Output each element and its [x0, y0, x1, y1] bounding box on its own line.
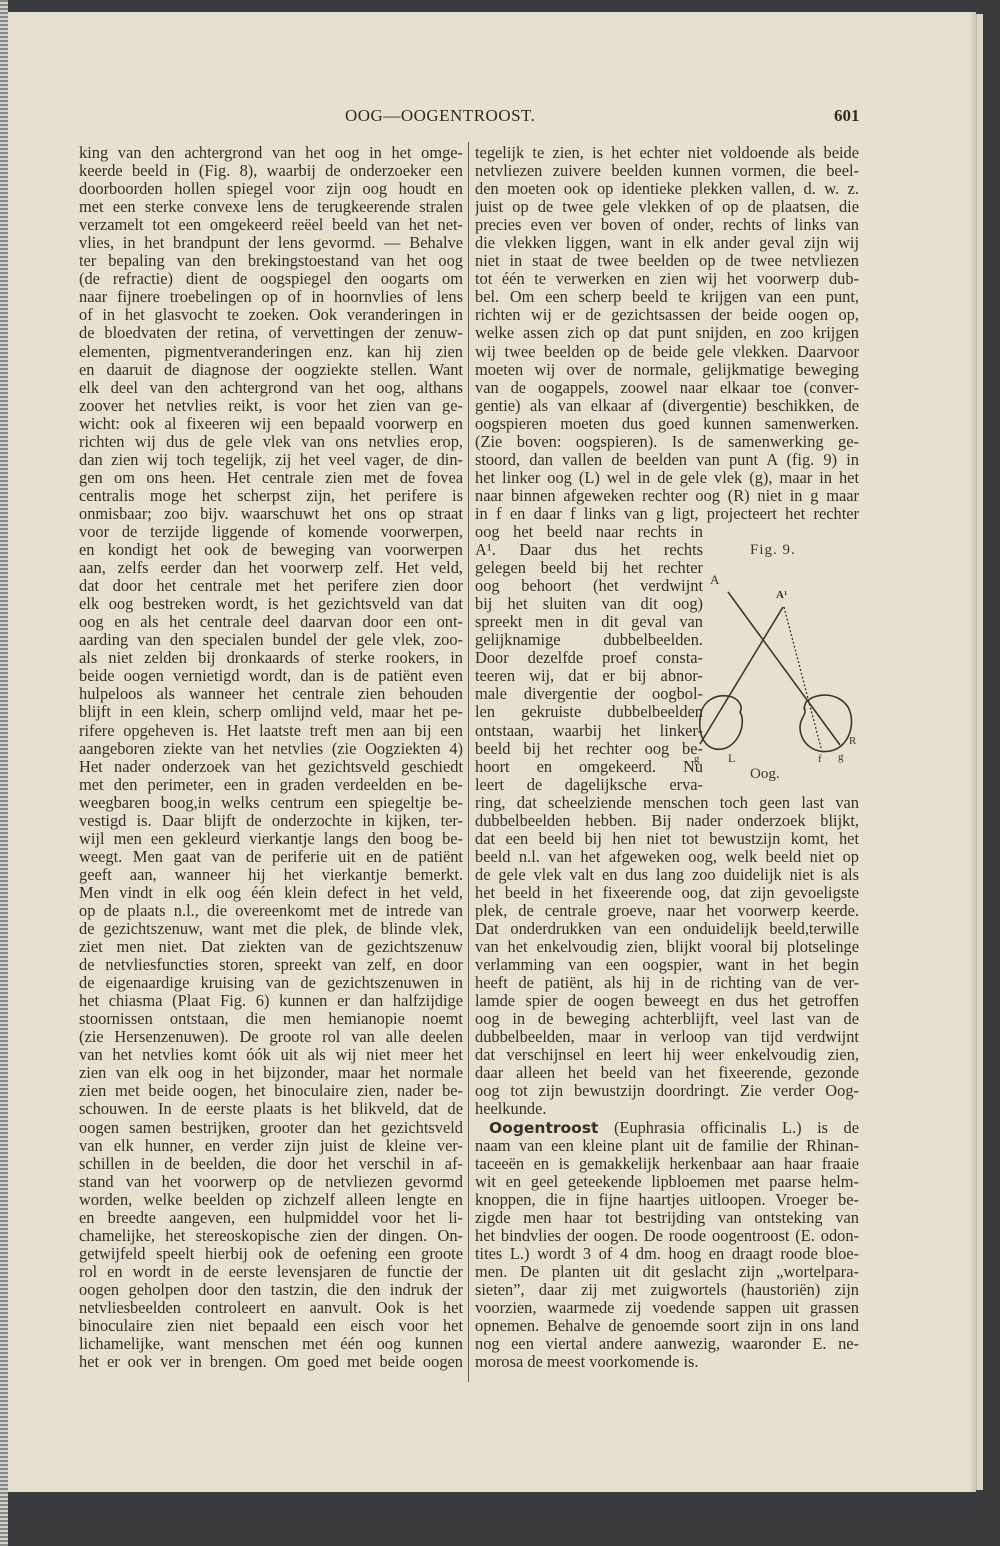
text-line: len gekruiste dubbelbeelden: [475, 703, 703, 721]
text-line: den moeten ook op identieke plekken vall…: [475, 180, 859, 198]
text-line: weegt. Men gaat van de periferie uit en …: [79, 848, 463, 866]
book-spine-edge: [0, 0, 8, 1546]
text-line: het bindvlies der oogen. De roode oogent…: [475, 1227, 859, 1245]
text-line: netvliezen zuivere beelden kunnen vormen…: [475, 162, 859, 180]
text-line: dat verschijnsel en leert hij weer enkel…: [475, 1046, 859, 1064]
text-line: zien met beide oogen, het binoculaire zi…: [79, 1082, 463, 1100]
text-line: in f en daar f links van g ligt, project…: [475, 505, 859, 523]
text-line: oog in de beweging achterblijft, veel la…: [475, 1010, 859, 1028]
text-line: gelegen beeld bij het rechter: [475, 559, 703, 577]
text-line: gelijknamige dubbelbeelden.: [475, 631, 703, 649]
text-line: tegelijk te zien, is het echter niet vol…: [475, 144, 859, 162]
text-line: met den perimeter, een in graden verdeel…: [79, 776, 463, 794]
text-line: doorboorden hollen spiegel voor zijn oog…: [79, 180, 463, 198]
text-line: schillen in de beelden, die door het ver…: [79, 1155, 463, 1173]
text-line: stoord, dan vallen de beelden van punt A…: [475, 451, 859, 469]
entry-headword: Oogentroost: [489, 1119, 598, 1137]
text-line: wij twee beelden op de beide gele vlekke…: [475, 343, 859, 361]
text-line: men. De planten uit dit geslacht zijn „w…: [475, 1263, 859, 1281]
text-line: opnemen. Behalve de genoemde soort zijn …: [475, 1317, 859, 1335]
text-line: king van den achtergrond van het oog in …: [79, 144, 463, 162]
text-line: vestigd is. Daar blijft de onderzochte i…: [79, 812, 463, 830]
text-line: aan, zelfs eerder dan het voorwerp zelf.…: [79, 559, 463, 577]
text-line: worden, welke beelden op zichzelf alleen…: [79, 1191, 463, 1209]
text-line: die vlekken liggen, want in elk ander ge…: [475, 234, 859, 252]
text-line: vlies, in het brandpunt der lens gevormd…: [79, 234, 463, 252]
text-line: (zie Hersenzenuwen). De groote rol van a…: [79, 1028, 463, 1046]
page-edge: [976, 14, 983, 1490]
text-line: male divergentie der oogbol-: [475, 685, 703, 703]
text-line: oog behoort (het verdwijnt: [475, 577, 703, 595]
text-line: en kondigt het ook de beweging van voorw…: [79, 541, 463, 559]
text-line: dat door het centrale met het perifere z…: [79, 577, 463, 595]
label-r: R: [849, 735, 857, 747]
label-f: f: [818, 753, 822, 765]
text-line: dubbelbeelden, maar in verloop van tijd …: [475, 1028, 859, 1046]
text-line: getwijfeld speelt hierbij ook de oefenin…: [79, 1245, 463, 1263]
label-l: L: [728, 751, 735, 765]
text-line: elk oog bestreken wordt, is het gezichts…: [79, 595, 463, 613]
text-line: aangeboren ziekte van het netvlies (zie …: [79, 740, 463, 758]
text-line: het er ook ver in brengen. Om goed met b…: [79, 1353, 463, 1371]
text-line: elk deel van den achtergrond van het oog…: [79, 379, 463, 397]
text-line: tites L.) wordt 3 of 4 dm. hoog en draag…: [475, 1245, 859, 1263]
text-line: voorzien, waarmede zij voedende sappen u…: [475, 1299, 859, 1317]
text-line: het linker oog (L) wel in de gele vlek (…: [475, 469, 859, 487]
text-line: van elk hunner, en verder zijn juist de …: [79, 1137, 463, 1155]
text-line: beide oogen vernietigd wordt, dan is de …: [79, 667, 463, 685]
text-line: van het netvlies komt óók uit als wij ni…: [79, 1046, 463, 1064]
text-line: ring, dat scheelziende menschen toch gee…: [475, 794, 859, 812]
text-line: en breedte aangeven, een hulpmiddel voor…: [79, 1209, 463, 1227]
text-line: dan zien wij toch tegelijk, zij het veel…: [79, 451, 463, 469]
text-line: weegbaren boog,in welks centrum een spie…: [79, 794, 463, 812]
label-g-left: g: [694, 753, 700, 765]
text-line: rifere opgeheven is. Het laatste treft m…: [79, 722, 463, 740]
text-line: lamde spier de oogen beweegt en dus het …: [475, 992, 859, 1010]
text-line: morosa de meest voorkomende is.: [475, 1353, 859, 1371]
text-line: verzamelt tot een omgekeerd reëel beeld …: [79, 216, 463, 234]
text-line: beeld n.l. van het afgeweken oog, welk b…: [475, 848, 859, 866]
text-line: met een sterke convexe lens de terugkeer…: [79, 198, 463, 216]
text-line: oogen geholpen door den tastzin, die den…: [79, 1281, 463, 1299]
text-line: Dat onderdrukken van een onduidelijk bee…: [475, 920, 859, 938]
left-column: king van den achtergrond van het oog in …: [79, 144, 463, 1371]
text-line: sieten”, daar zij met zuigwortels (haust…: [475, 1281, 859, 1299]
text-line: gen om ons heen. Het centrale zien met d…: [79, 469, 463, 487]
text-line: de gezichtszenuw, want met die plek, de …: [79, 920, 463, 938]
text-line: juist op de twee gele vlekken of op de p…: [475, 198, 859, 216]
text-line: dat een beeld bij hen niet tot bewustzij…: [475, 830, 859, 848]
text-line: keerde beeld in (Fig. 8), waarbij de ond…: [79, 162, 463, 180]
text-line: aarding van den specialen bundel der gel…: [79, 631, 463, 649]
text-line: nog een viertal andere aanwezig, waarond…: [475, 1335, 859, 1353]
text-line: Het nader onderzoek van het gezichtsveld…: [79, 758, 463, 776]
text-line: onmisbaar; zoo bijv. waarschuwt het ons …: [79, 505, 463, 523]
text-line: van het enkelvoudig zien, blijkt vooral …: [475, 938, 859, 956]
text-line: schouwen. In de eerste plaats is het bli…: [79, 1100, 463, 1118]
binocular-diagram-icon: A A¹ g L R f g: [688, 562, 863, 767]
text-line: Men vindt in elk oog één klein defect in…: [79, 884, 463, 902]
text-line: verlamming van een oogspier, want in het…: [475, 956, 859, 974]
text-line: precies even ver boven of onder, rechts …: [475, 216, 859, 234]
text-line: A¹. Daar dus het rechts: [475, 541, 703, 559]
text-line: stand van het voorwerp op de netvliezen …: [79, 1173, 463, 1191]
running-title: OOG—OOGENTROOST.: [345, 106, 535, 126]
text-line: tot één te verwerken en zien wij het voo…: [475, 270, 859, 288]
text-line: oog en als het centrale deel daarvan doo…: [79, 613, 463, 631]
text-line: oog tot zijn bewustzijn doordringt. Zie …: [475, 1082, 859, 1100]
text-line: de netvliesfuncties storen, spreekt van …: [79, 956, 463, 974]
text-line: rol en wordt in de eerste levensjaren de…: [79, 1263, 463, 1281]
text-line: en daaruit de diagnose der oogziekte ste…: [79, 361, 463, 379]
text-line: naam van een kleine plant uit de familie…: [475, 1137, 859, 1155]
text-line: of in het glasvocht te zoeken. Ook veran…: [79, 306, 463, 324]
text-line: ziet men niet. Dat ziekten van de gezich…: [79, 938, 463, 956]
text-line: teeren wij, dat er bij abnor-: [475, 667, 703, 685]
text-line: naar fijnere troebelingen op of in hoorn…: [79, 288, 463, 306]
text-line: heeft de patiënt, als hij in de richting…: [475, 974, 859, 992]
text-line: moeten wij over de normale, gelijkmatige…: [475, 361, 859, 379]
page-number: 601: [834, 106, 860, 126]
text-line: (Zie boven: oogspieren). Is de samenwerk…: [475, 433, 859, 451]
text-line: welke assen zich op dat punt snijden, en…: [475, 324, 859, 342]
text-line: chamelijke, het stereoskopische zien der…: [79, 1227, 463, 1245]
text-line: leert de dagelijksche erva-: [475, 776, 703, 794]
text-line: hoort en omgekeerd. Nu: [475, 758, 703, 776]
text-line: gentie) als van elkaar af (divergentie) …: [475, 397, 859, 415]
text-line: zoover het netvlies reikt, is voor het z…: [79, 397, 463, 415]
text-line: elementen, pigmentveranderingen enz. kan…: [79, 343, 463, 361]
text-line: lichamelijke, want menschen met één oog …: [79, 1335, 463, 1353]
figure-bottom-label: Oog.: [750, 766, 780, 783]
text-line: wicht: ook al fixeeren wij een bepaald v…: [79, 415, 463, 433]
text-line: het chiasma (Plaat Fig. 6) kunnen er dan…: [79, 992, 463, 1010]
text-line: de gele vlek valt en dus lang zoo duidel…: [475, 866, 859, 884]
label-a1: A¹: [776, 589, 787, 601]
text-line: hulpeloos als wanneer het centrale zien …: [79, 685, 463, 703]
text-line: richten wij dus de gele vlek van ons net…: [79, 433, 463, 451]
text-line: wijl men een gekleurd vierkantje langs d…: [79, 830, 463, 848]
text-line: zigde men haar tot bestrijding van ontst…: [475, 1209, 859, 1227]
text-line: beeld bij het rechter oog be-: [475, 740, 703, 758]
figure-caption: Fig. 9.: [750, 542, 796, 559]
text-line: de eigenaardige kruising van de gezichts…: [79, 974, 463, 992]
text-line: van de oogappels, zoowel naar elkaar toe…: [475, 379, 859, 397]
text-line: (de refractie) dient de oogspiegel den o…: [79, 270, 463, 288]
text-line: als niet zelden bij dronkaards of sterke…: [79, 649, 463, 667]
text-line: ontstaan, waarbij het linker-: [475, 722, 703, 740]
text-line: wit en geel geteekende lipbloemen met pa…: [475, 1173, 859, 1191]
text-line: bel. Om een scherp beeld te krijgen van …: [475, 288, 859, 306]
text-line: binoculaire zien niet bepaald een eisch …: [79, 1317, 463, 1335]
text-line: naar binnen afgeweken rechter oog (R) ni…: [475, 487, 859, 505]
text-line: dubbelbeelden hebben. Bij nader onderzoe…: [475, 812, 859, 830]
label-g-right: g: [838, 751, 844, 763]
entry-text: (Euphrasia officinalis L.) is de: [598, 1119, 859, 1137]
text-line: blijft in een klein, scherp omlijnd veld…: [79, 703, 463, 721]
text-line: zien van elk oog in het bijzonder, maar …: [79, 1064, 463, 1082]
entry-first-line: Oogentroost (Euphrasia officinalis L.) i…: [475, 1119, 859, 1137]
column-divider: [468, 142, 469, 1382]
text-line: voor de terzijde liggende of komende voo…: [79, 523, 463, 541]
text-line: netvliesbeelden controleert en aanvult. …: [79, 1299, 463, 1317]
text-line: de bloedvaten der retina, of vervettinge…: [79, 324, 463, 342]
text-line: richten wij er de gezichtsassen der beid…: [475, 306, 859, 324]
label-a: A: [710, 572, 720, 587]
text-line: oogspieren moeten dus goed kunnen samenw…: [475, 415, 859, 433]
text-line: daar alleen het beeld van het fixeerende…: [475, 1064, 859, 1082]
text-line: ter bepaling van den brekingstoestand va…: [79, 252, 463, 270]
text-line: centralis moge het scherpst zijn, het pe…: [79, 487, 463, 505]
text-line: plek, de centrale groeve, naar het voorw…: [475, 902, 859, 920]
text-line: stoornissen ontstaan, die men hemianopie…: [79, 1010, 463, 1028]
text-line: oog het beeld naar rechts in: [475, 523, 703, 541]
text-line: bij het sluiten van dit oog): [475, 595, 703, 613]
text-line: niet in staat de twee beelden op de twee…: [475, 252, 859, 270]
figure-9: Fig. 9. A A¹ g L R f g Oog.: [688, 542, 863, 787]
text-line: spreekt men in dit geval van: [475, 613, 703, 631]
text-line: geeft aan, wanneer hij het vierkantje be…: [79, 866, 463, 884]
text-line: Door dezelfde proef consta-: [475, 649, 703, 667]
text-line: heelkunde.: [475, 1100, 859, 1118]
text-line: het beeld in het fixeerende oog, dat zij…: [475, 884, 859, 902]
text-line: oogen samen bestrijken, grooter dan het …: [79, 1119, 463, 1137]
text-line: knoppen, die in fijne haartjes uitloopen…: [475, 1191, 859, 1209]
text-line: taceeën en is gemakkelijk herkenbaar aan…: [475, 1155, 859, 1173]
text-line: op de plaats n.l., die overeenkomt met d…: [79, 902, 463, 920]
